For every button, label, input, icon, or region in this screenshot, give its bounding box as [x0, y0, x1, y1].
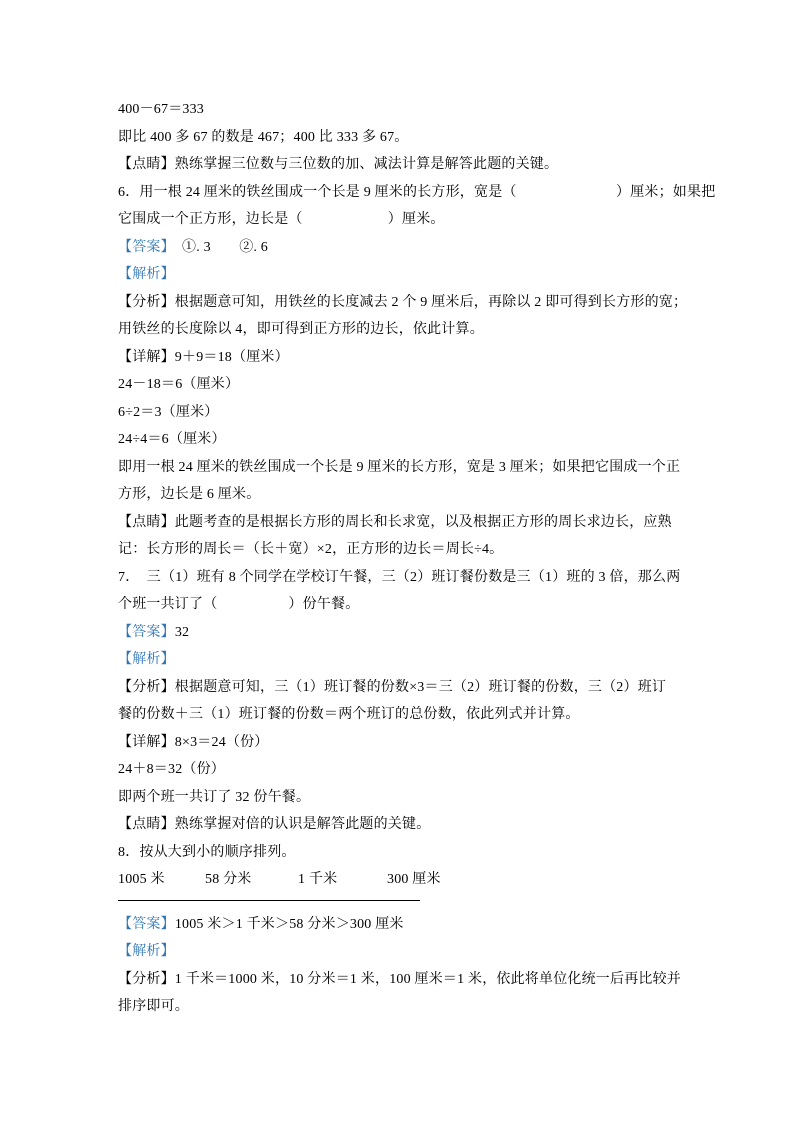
text-line: 【分析】1 千米＝1000 米，10 分米＝1 米，100 厘米＝1 米，依此将… [118, 966, 704, 994]
text-line: 8．按从大到小的顺序排列。 [118, 839, 704, 867]
line-text: 个班一共订了（ ）份午餐。 [118, 597, 359, 612]
line-text: 6÷2＝3（厘米） [118, 405, 218, 420]
text-line: 用铁丝的长度除以 4，即可得到正方形的边长，依此计算。 [118, 316, 704, 344]
text-line: 【解析】 [118, 261, 704, 289]
line-text: 6．用一根 24 厘米的铁丝围成一个长是 9 厘米的长方形，宽是（ ）厘米；如果… [118, 185, 715, 200]
line-text: 用铁丝的长度除以 4，即可得到正方形的边长，依此计算。 [118, 322, 484, 337]
line-text: 它围成一个正方形，边长是（ ）厘米。 [118, 212, 445, 227]
line-text: 24＋8＝32（份） [118, 762, 225, 777]
unit-value: 1005 米 [118, 866, 205, 894]
line-text: 【点睛】熟练掌握对倍的认识是解答此题的关键。 [118, 817, 430, 832]
text-line: 【详解】9＋9＝18（厘米） [118, 344, 704, 372]
line-text: 【分析】根据题意可知，用铁丝的长度减去 2 个 9 厘米后，再除以 2 即可得到… [118, 295, 687, 310]
document-content: 400－67＝333即比 400 多 67 的数是 467；400 比 333 … [118, 96, 704, 1021]
line-text: 24－18＝6（厘米） [118, 377, 239, 392]
unit-value: 1 千米 [298, 866, 387, 894]
section-marker: 【解析】 [118, 944, 175, 959]
text-line: 方形，边长是 6 厘米。 [118, 481, 704, 509]
text-line: 它围成一个正方形，边长是（ ）厘米。 [118, 206, 704, 234]
line-text: 7． 三（1）班有 8 个同学在学校订午餐，三（2）班订餐份数是三（1）班的 3… [118, 570, 680, 585]
text-line: 【详解】8×3＝24（份） [118, 729, 704, 757]
line-text: 【点睛】此题考查的是根据长方形的周长和长求宽，以及根据正方形的周长求边长，应熟 [118, 515, 672, 530]
underline-rule [118, 900, 420, 901]
section-marker: 【答案】 [118, 240, 168, 255]
unit-value: 300 厘米 [387, 866, 441, 894]
text-line: 【解析】 [118, 938, 704, 966]
text-line: 【分析】根据题意可知，三（1）班订餐的份数×3＝三（2）班订餐的份数，三（2）班… [118, 674, 704, 702]
line-text: 【分析】1 千米＝1000 米，10 分米＝1 米，100 厘米＝1 米，依此将… [118, 972, 681, 987]
line-text: 【详解】8×3＝24（份） [118, 735, 269, 750]
text-line: 24－18＝6（厘米） [118, 371, 704, 399]
line-text: 1005 米＞1 千米＞58 分米＞300 厘米 [175, 917, 404, 932]
line-text: 即比 400 多 67 的数是 467；400 比 333 多 67。 [118, 130, 409, 145]
text-line: 即比 400 多 67 的数是 467；400 比 333 多 67。 [118, 124, 704, 152]
units-row: 1005 米58 分米1 千米300 厘米 [118, 866, 704, 894]
text-line: 【答案】 ①. 3 ②. 6 [118, 234, 704, 262]
text-line: 【解析】 [118, 646, 704, 674]
text-line: 餐的份数＋三（1）班订餐的份数＝两个班订的总份数，依此列式并计算。 [118, 701, 704, 729]
text-line: 【分析】根据题意可知，用铁丝的长度减去 2 个 9 厘米后，再除以 2 即可得到… [118, 289, 704, 317]
text-line: 个班一共订了（ ）份午餐。 [118, 591, 704, 619]
line-text: 排序即可。 [118, 999, 189, 1014]
line-text: 8．按从大到小的顺序排列。 [118, 845, 296, 860]
line-text: 400－67＝333 [118, 102, 204, 117]
line-text: 32 [175, 625, 189, 640]
text-line: 排序即可。 [118, 993, 704, 1021]
text-line: 【点睛】熟练掌握对倍的认识是解答此题的关键。 [118, 811, 704, 839]
line-text: 即用一根 24 厘米的铁丝围成一个长是 9 厘米的长方形，宽是 3 厘米；如果把… [118, 460, 680, 475]
text-line: 【点睛】熟练掌握三位数与三位数的加、减法计算是解答此题的关键。 [118, 151, 704, 179]
section-marker: 【解析】 [118, 652, 175, 667]
text-line: 24÷4＝6（厘米） [118, 426, 704, 454]
answer-blank-underline [118, 894, 704, 902]
text-line: 7． 三（1）班有 8 个同学在学校订午餐，三（2）班订餐份数是三（1）班的 3… [118, 564, 704, 592]
line-text: 【点睛】熟练掌握三位数与三位数的加、减法计算是解答此题的关键。 [118, 157, 558, 172]
text-line: 【点睛】此题考查的是根据长方形的周长和长求宽，以及根据正方形的周长求边长，应熟 [118, 509, 704, 537]
text-line: 24＋8＝32（份） [118, 756, 704, 784]
line-text: 餐的份数＋三（1）班订餐的份数＝两个班订的总份数，依此列式并计算。 [118, 707, 580, 722]
worksheet-page: 400－67＝333即比 400 多 67 的数是 467；400 比 333 … [0, 0, 794, 1123]
text-line: 400－67＝333 [118, 96, 704, 124]
text-line: 即用一根 24 厘米的铁丝围成一个长是 9 厘米的长方形，宽是 3 厘米；如果把… [118, 454, 704, 482]
unit-value: 58 分米 [205, 866, 298, 894]
line-text: 记：长方形的周长＝（长＋宽）×2，正方形的边长＝周长÷4。 [118, 542, 503, 557]
line-text: 方形，边长是 6 厘米。 [118, 487, 260, 502]
text-line: 【答案】1005 米＞1 千米＞58 分米＞300 厘米 [118, 911, 704, 939]
section-marker: 【解析】 [118, 267, 175, 282]
line-text: 即两个班一共订了 32 份午餐。 [118, 790, 310, 805]
text-line: 记：长方形的周长＝（长＋宽）×2，正方形的边长＝周长÷4。 [118, 536, 704, 564]
text-line: 即两个班一共订了 32 份午餐。 [118, 784, 704, 812]
line-text: 【分析】根据题意可知，三（1）班订餐的份数×3＝三（2）班订餐的份数，三（2）班… [118, 680, 666, 695]
section-marker: 【答案】 [118, 917, 175, 932]
text-line: 【答案】32 [118, 619, 704, 647]
line-text: ①. 3 ②. 6 [168, 240, 268, 255]
text-line: 6．用一根 24 厘米的铁丝围成一个长是 9 厘米的长方形，宽是（ ）厘米；如果… [118, 179, 704, 207]
text-line: 6÷2＝3（厘米） [118, 399, 704, 427]
section-marker: 【答案】 [118, 625, 175, 640]
line-text: 【详解】9＋9＝18（厘米） [118, 350, 289, 365]
line-text: 24÷4＝6（厘米） [118, 432, 226, 447]
